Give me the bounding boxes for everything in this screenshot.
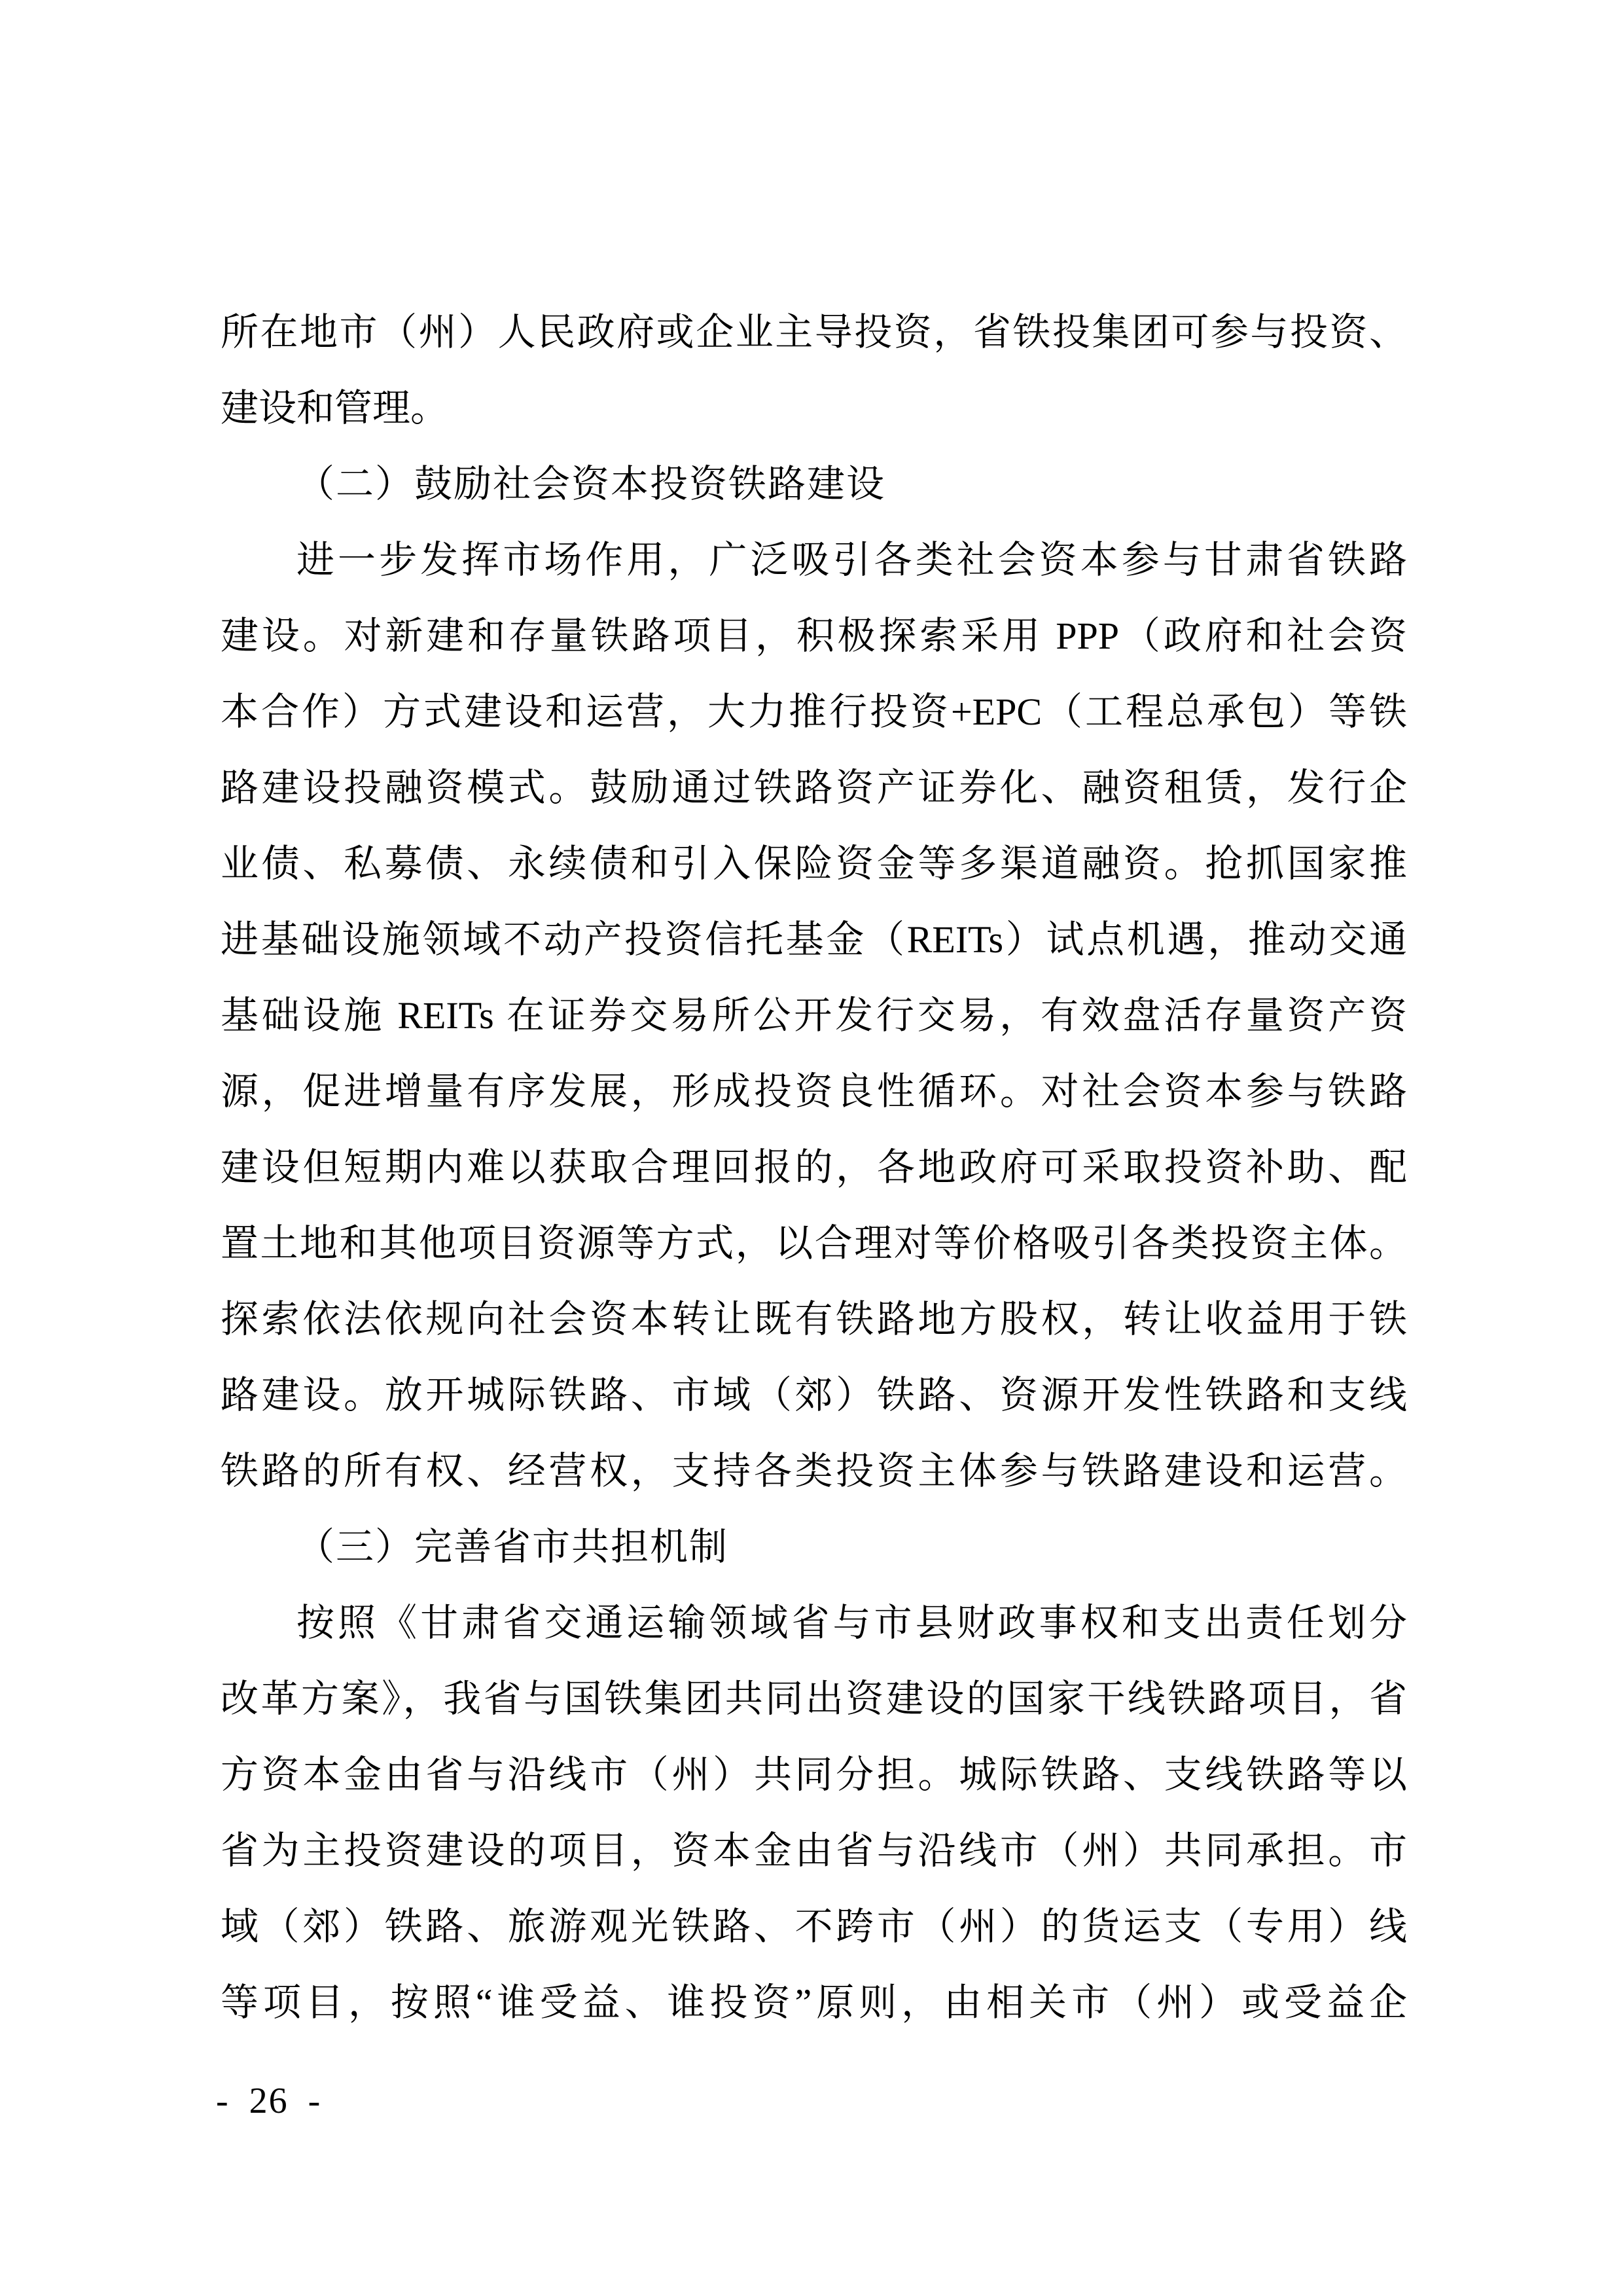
text-line: 源，促进增量有序发展，形成投资良性循环。对社会资本参与铁路: [221, 1054, 1407, 1130]
text-line: 路建设。放开城际铁路、市域（郊）铁路、资源开发性铁路和支线: [221, 1357, 1407, 1433]
text-line: 建设和管理。: [221, 370, 1407, 446]
text-line: 置土地和其他项目资源等方式，以合理对等价格吸引各类投资主体。: [221, 1206, 1407, 1282]
page-number: - 26 -: [216, 2075, 321, 2127]
text-line: 建设但短期内难以获取合理回报的，各地政府可采取投资补助、配: [221, 1130, 1407, 1206]
text-line: 方资本金由省与沿线市（州）共同分担。城际铁路、支线铁路等以: [221, 1737, 1407, 1813]
text-line: 进一步发挥市场作用，广泛吸引各类社会资本参与甘肃省铁路: [221, 522, 1407, 598]
text-line: 省为主投资建设的项目，资本金由省与沿线市（州）共同承担。市: [221, 1813, 1407, 1889]
text-line: 进基础设施领域不动产投资信托基金（REITs）试点机遇，推动交通: [221, 902, 1407, 978]
text-line: 本合作）方式建设和运营，大力推行投资+EPC（工程总承包）等铁: [221, 674, 1407, 750]
section-heading: （三）完善省市共担机制: [221, 1509, 1407, 1585]
text-line: 域（郊）铁路、旅游观光铁路、不跨市（州）的货运支（专用）线: [221, 1889, 1407, 1965]
document-page: 所在地市（州）人民政府或企业主导投资，省铁投集团可参与投资、建设和管理。（二）鼓…: [0, 0, 1623, 2296]
text-line: 改革方案》，我省与国铁集团共同出资建设的国家干线铁路项目，省: [221, 1661, 1407, 1737]
text-line: 按照《甘肃省交通运输领域省与市县财政事权和支出责任划分: [221, 1585, 1407, 1661]
document-body: 所在地市（州）人民政府或企业主导投资，省铁投集团可参与投资、建设和管理。（二）鼓…: [221, 295, 1407, 2041]
text-line: 业债、私募债、永续债和引入保险资金等多渠道融资。抢抓国家推: [221, 826, 1407, 902]
text-line: 所在地市（州）人民政府或企业主导投资，省铁投集团可参与投资、: [221, 295, 1407, 370]
text-line: 铁路的所有权、经营权，支持各类投资主体参与铁路建设和运营。: [221, 1433, 1407, 1509]
text-line: 等项目，按照“谁受益、谁投资”原则，由相关市（州）或受益企: [221, 1965, 1407, 2041]
text-line: 建设。对新建和存量铁路项目，积极探索采用 PPP（政府和社会资: [221, 598, 1407, 674]
text-line: 探索依法依规向社会资本转让既有铁路地方股权，转让收益用于铁: [221, 1282, 1407, 1357]
text-line: 路建设投融资模式。鼓励通过铁路资产证券化、融资租赁，发行企: [221, 750, 1407, 826]
section-heading: （二）鼓励社会资本投资铁路建设: [221, 446, 1407, 522]
text-line: 基础设施 REITs 在证券交易所公开发行交易，有效盘活存量资产资: [221, 978, 1407, 1054]
